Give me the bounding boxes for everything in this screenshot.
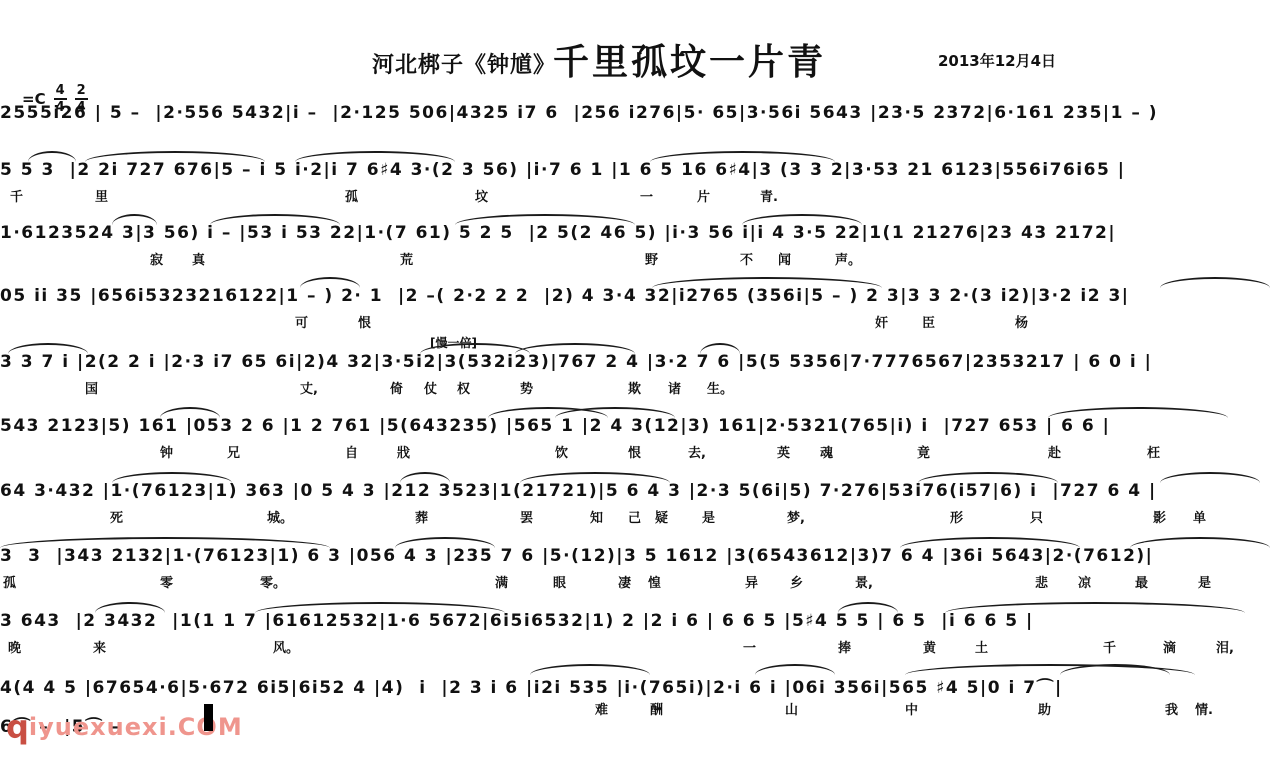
lyric: 枉 (1147, 442, 1160, 461)
system-3: 1·6123524 3|3 56) i – |53 i 53 22|1·(7 6… (0, 223, 1286, 281)
lyric: 戕 (397, 442, 410, 461)
lyric: 声。 (835, 249, 861, 268)
lyric: 饮 (555, 442, 568, 461)
lyric: 荒 (400, 249, 413, 268)
lyric: 千 (1103, 637, 1116, 656)
notation-line: 5 5 3 |2 2i 727 676|5 – i 5 i·2|i 7 6♯4 … (0, 160, 1125, 180)
lyric: 是 (702, 507, 715, 526)
lyric: 片 (697, 186, 710, 205)
lyric: 坟 (475, 186, 488, 205)
lyric: 孤 (345, 186, 358, 205)
lyric: 赴 (1048, 442, 1061, 461)
lyric: 奸 (875, 312, 888, 331)
lyric: 倚 (390, 378, 403, 397)
lyric: 最 (1135, 572, 1148, 591)
lyric: 竟 (917, 442, 930, 461)
lyric: 青. (760, 186, 778, 205)
lyric: 单 (1193, 507, 1206, 526)
lyric: 自 (345, 442, 358, 461)
date-label: 2013年12月4日 (938, 50, 1056, 71)
lyric: 英 (777, 442, 790, 461)
notation-line: 3 3 |343 2132|1·(76123|1) 6 3 |056 4 3 |… (0, 546, 1153, 566)
lyric: 形 (950, 507, 963, 526)
lyric: 惶 (648, 572, 661, 591)
lyric: 滴 (1163, 637, 1176, 656)
notation-line: 3 643 |2 3432 |1(1 1 7 |61612532|1·6 567… (0, 611, 1034, 631)
lyric: 欺 (628, 378, 641, 397)
lyric: 是 (1198, 572, 1211, 591)
lyric: 风。 (273, 637, 299, 656)
lyric: 恨 (358, 312, 371, 331)
lyric: 泪, (1216, 637, 1234, 656)
text-cursor[interactable] (204, 704, 213, 731)
lyric: 魂 (820, 442, 833, 461)
lyric: 黄 (923, 637, 936, 656)
lyric: 臣 (922, 312, 935, 331)
system-8: 3 3 |343 2132|1·(76123|1) 6 3 |056 4 3 |… (0, 546, 1286, 604)
page-title: 千里孤坟一片青 (553, 34, 826, 85)
lyric: 势 (520, 378, 533, 397)
lyric: 寂 (150, 249, 163, 268)
genre-label: 河北梆子《钟馗》 (372, 48, 556, 79)
lyric: 钟 (160, 442, 173, 461)
system-5: [慢一倍] 3 3 7 i |2(2 2 i |2·3 i7 65 6i|2)4… (0, 352, 1286, 410)
lyric: 一 (743, 637, 756, 656)
lyric: 闻 (778, 249, 791, 268)
lyric: 只 (1030, 507, 1043, 526)
lyric: 凄 (618, 572, 631, 591)
notation-line: 3 3 7 i |2(2 2 i |2·3 i7 65 6i|2)4 32|3·… (0, 352, 1152, 372)
lyric: 杨 (1015, 312, 1028, 331)
lyric: 一 (640, 186, 653, 205)
lyric: 疑 (655, 507, 668, 526)
lyric: 真 (192, 249, 205, 268)
lyric: 里 (95, 186, 108, 205)
lyric: 知 (590, 507, 603, 526)
lyric: 去, (688, 442, 706, 461)
lyric: 仗 (424, 378, 437, 397)
notation-line: 4(4 4 5 |67654·6|5·672 6i5|6i52 4 |4) i … (0, 673, 1063, 698)
notation-line: 05 ii 35 |656i5323216122|1 – ) 2· 1 |2 –… (0, 286, 1130, 306)
lyric: 来 (93, 637, 106, 656)
lyric: 眼 (553, 572, 566, 591)
lyric: 孤 (3, 572, 16, 591)
lyric: 捧 (838, 637, 851, 656)
lyric: 梦, (787, 507, 805, 526)
lyric: 丈, (300, 378, 318, 397)
lyric: 己 (628, 507, 641, 526)
notation-line: 543 2123|5) 161 |053 2 6 |1 2 761 |5(643… (0, 416, 1110, 436)
lyric: 零 (160, 572, 173, 591)
lyric: 国 (85, 378, 98, 397)
lyric: 死 (110, 507, 123, 526)
lyric: 凉 (1078, 572, 1091, 591)
lyric: 罢 (520, 507, 533, 526)
lyric: 诸 (668, 378, 681, 397)
lyric: 土 (975, 637, 988, 656)
lyric: 悲 (1035, 572, 1048, 591)
system-6: 543 2123|5) 161 |053 2 6 |1 2 761 |5(643… (0, 416, 1286, 474)
lyric: 晚 (8, 637, 21, 656)
lyric: 恨 (628, 442, 641, 461)
watermark-initial: q (6, 708, 29, 746)
notation-line: 2555i26 | 5 – |2·556 5432|i – |2·125 506… (0, 103, 1158, 123)
notation-line: 1·6123524 3|3 56) i – |53 i 53 22|1·(7 6… (0, 223, 1116, 243)
lyric: 可 (295, 312, 308, 331)
lyric: 生。 (707, 378, 733, 397)
system-7: 64 3·432 |1·(76123|1) 363 |0 5 4 3 |212 … (0, 481, 1286, 539)
lyric: 千 (10, 186, 23, 205)
lyric: 兄 (227, 442, 240, 461)
sheet-music-page[interactable]: 河北梆子《钟馗》 千里孤坟一片青 2013年12月4日 =C 4 4 2 4 2… (0, 0, 1286, 764)
lyric: 满 (495, 572, 508, 591)
lyric: 景, (855, 572, 873, 591)
lyric: 野 (645, 249, 658, 268)
system-9: 3 643 |2 3432 |1(1 1 7 |61612532|1·6 567… (0, 611, 1286, 669)
lyric: 影 (1153, 507, 1166, 526)
lyric: 零。 (260, 572, 286, 591)
lyric: 权 (457, 378, 470, 397)
lyric: 乡 (790, 572, 803, 591)
system-4: 05 ii 35 |656i5323216122|1 – ) 2· 1 |2 –… (0, 286, 1286, 344)
lyric: 城。 (267, 507, 293, 526)
lyric: 异 (745, 572, 758, 591)
system-2: 5 5 3 |2 2i 727 676|5 – i 5 i·2|i 7 6♯4 … (0, 160, 1286, 218)
lyric: 葬 (415, 507, 428, 526)
lyric: 不 (740, 249, 753, 268)
notation-line: 64 3·432 |1·(76123|1) 363 |0 5 4 3 |212 … (0, 481, 1157, 501)
